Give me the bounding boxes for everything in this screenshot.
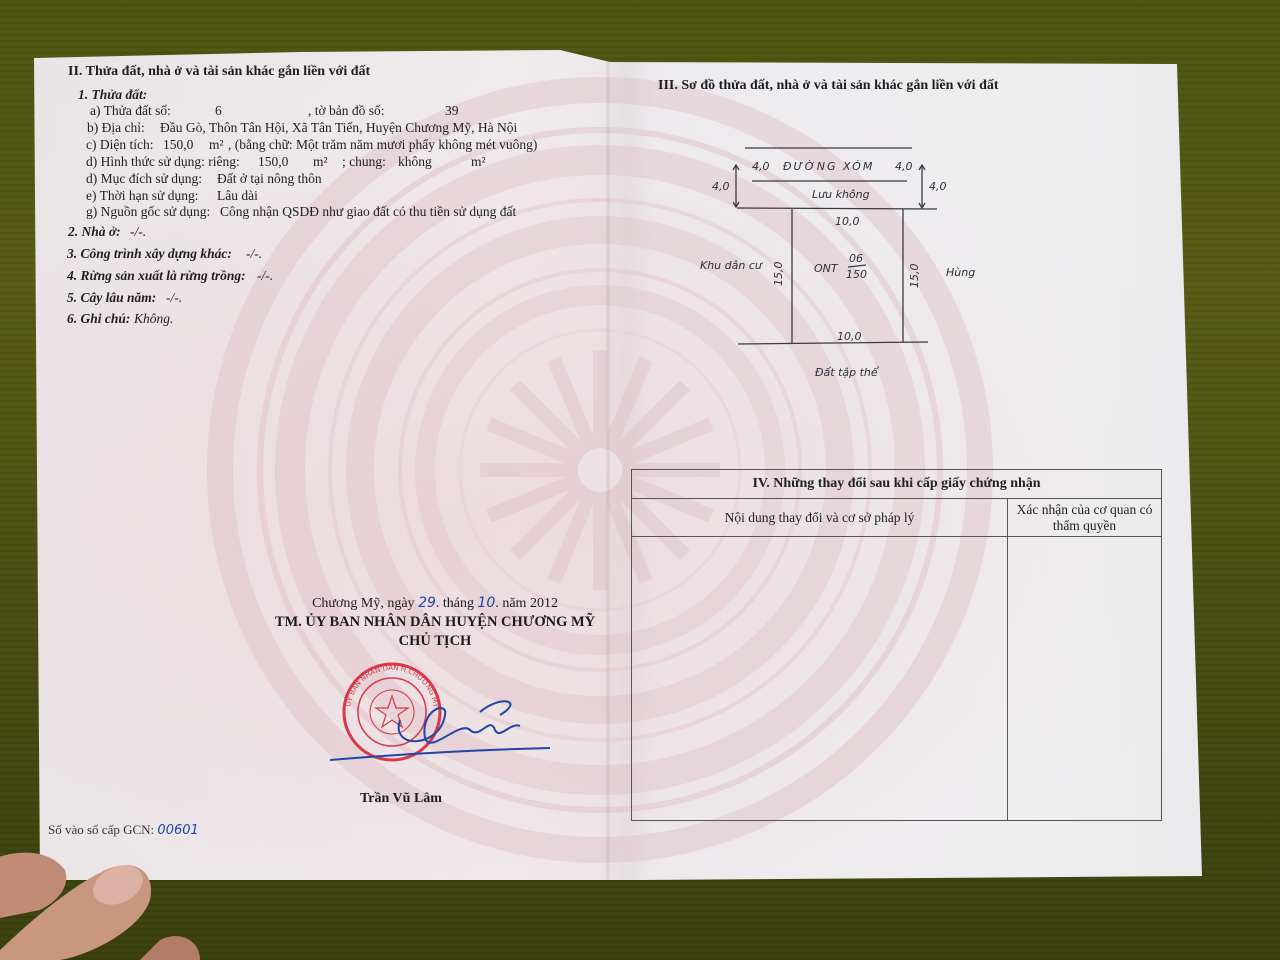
issuing-organization: TM. ỦY BAN NHÂN DÂN HUYỆN CHƯƠNG MỸ [260, 614, 610, 631]
road-label: ĐƯỜNG XÓM [783, 160, 874, 173]
road-right-dim: 4,0 [895, 160, 913, 173]
issue-date: Chương Mỹ, ngày 29. tháng 10. năm 2012 [260, 595, 610, 612]
changes-table: IV. Những thay đổi sau khi cấp giấy chứn… [631, 469, 1162, 821]
svg-text:ỦY BAN NHÂN DÂN H.CHƯƠNG MỸ: ỦY BAN NHÂN DÂN H.CHƯƠNG MỸ [342, 663, 440, 709]
confirmation-cell [1008, 537, 1162, 821]
column-header-changes: Nội dung thay đổi và cơ sở pháp lý [632, 499, 1008, 537]
right-depth: 15,0 [908, 264, 921, 289]
top-width: 10,0 [835, 215, 860, 228]
signature-block: Chương Mỹ, ngày 29. tháng 10. năm 2012 T… [260, 595, 610, 650]
issue-place: Chương Mỹ, ngày [312, 596, 415, 611]
south-neighbor: Đất tập thể [815, 366, 878, 379]
left-depth: 15,0 [772, 262, 785, 287]
registry-value: 00601 [157, 823, 198, 838]
registry-label: Số vào sổ cấp GCN: [48, 822, 154, 837]
corridor-right-dim: 4,0 [929, 180, 947, 193]
bottom-width: 10,0 [837, 330, 862, 343]
issue-day: 29 [418, 595, 436, 611]
east-neighbor: Hùng [946, 266, 975, 279]
corridor-left-dim: 4,0 [712, 180, 730, 193]
signer-name: Trần Vũ Lâm [360, 791, 442, 807]
issue-month: 10 [478, 595, 496, 611]
parcel-area: 150 [846, 268, 867, 281]
year-label: năm [502, 596, 526, 611]
land-code: ONT [814, 262, 838, 275]
column-header-confirmation: Xác nhận của cơ quan có thẩm quyền [1008, 499, 1162, 537]
corridor-label: Lưu không [812, 188, 870, 201]
changes-cell [632, 537, 1008, 821]
month-label: tháng [443, 596, 474, 611]
road-left-dim: 4,0 [752, 160, 770, 173]
issue-year: 2012 [530, 596, 558, 611]
registry-number: Số vào sổ cấp GCN: 00601 [48, 822, 199, 838]
signer-title: CHỦ TỊCH [260, 633, 610, 650]
official-seal-and-signature: ỦY BAN NHÂN DÂN H.CHƯƠNG MỸ [330, 660, 550, 780]
section-4-heading: IV. Những thay đổi sau khi cấp giấy chứn… [632, 470, 1162, 499]
seal-icon: ỦY BAN NHÂN DÂN H.CHƯƠNG MỸ [342, 663, 440, 760]
west-neighbor: Khu dân cư [700, 259, 762, 272]
parcel-no: 06 [849, 252, 863, 265]
